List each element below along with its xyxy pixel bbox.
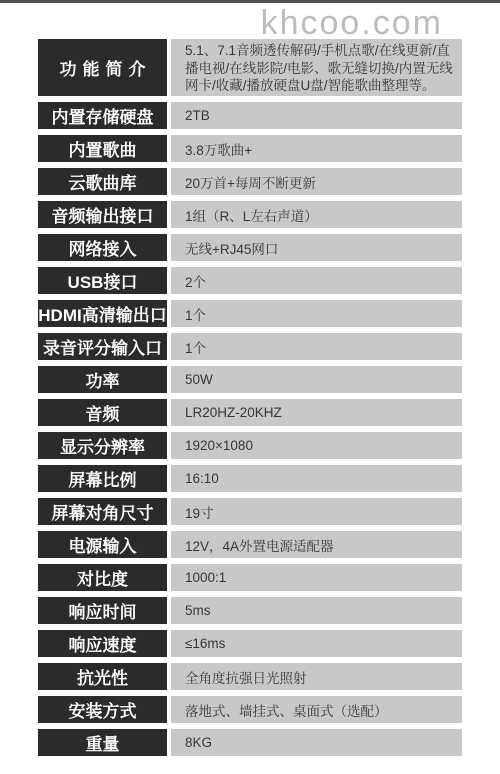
spec-label: USB接口 [38,267,167,294]
spec-label: 云歌曲库 [38,168,167,195]
spec-row: 安装方式 落地式、墙挂式、桌面式（选配） [38,696,462,723]
spec-label: 音频 [38,399,167,426]
spec-value: 落地式、墙挂式、桌面式（选配） [171,696,462,723]
spec-value: 1个 [171,300,462,327]
spec-value: 2个 [171,267,462,294]
spec-label: 显示分辨率 [38,432,167,459]
spec-value: 1920×1080 [171,432,462,459]
spec-value: 50W [171,366,462,393]
spec-label: 网络接入 [38,234,167,261]
spec-row: 网络接入 无线+RJ45网口 [38,234,462,261]
spec-label: 内置歌曲 [38,135,167,162]
spec-value: 1个 [171,333,462,360]
spec-label: 电源输入 [38,531,167,558]
spec-label: 功率 [38,366,167,393]
spec-value: LR20HZ-20KHZ [171,399,462,426]
spec-label: 内置存储硬盘 [38,102,167,129]
spec-row: 功能简介 5.1、7.1音频透传解码/手机点歌/在线更新/直播电视/在线影院/电… [38,39,462,96]
spec-row: 抗光性 全角度抗强日光照射 [38,663,462,690]
spec-row: 音频 LR20HZ-20KHZ [38,399,462,426]
top-divider-bar [0,0,500,3]
spec-row: 重量 8KG [38,729,462,756]
spec-row: 显示分辨率 1920×1080 [38,432,462,459]
watermark-text: khcoo.com [261,4,443,43]
spec-row: 响应速度 ≤16ms [38,630,462,657]
spec-value: 1组（R、L左右声道） [171,201,462,228]
spec-table: 功能简介 5.1、7.1音频透传解码/手机点歌/在线更新/直播电视/在线影院/电… [38,39,462,756]
spec-value: 5.1、7.1音频透传解码/手机点歌/在线更新/直播电视/在线影院/电影、歌无缝… [171,39,462,96]
spec-value: 12V，4A外置电源适配器 [171,531,462,558]
spec-value: 8KG [171,729,462,756]
spec-label: 响应速度 [38,630,167,657]
spec-value: 20万首+每周不断更新 [171,168,462,195]
spec-row: HDMI高清输出口 1个 [38,300,462,327]
spec-label: 抗光性 [38,663,167,690]
spec-row: 对比度 1000:1 [38,564,462,591]
spec-value: 3.8万歌曲+ [171,135,462,162]
spec-value: 16:10 [171,465,462,492]
spec-row: 屏幕比例 16:10 [38,465,462,492]
spec-row: 响应时间 5ms [38,597,462,624]
spec-label: HDMI高清输出口 [38,300,167,327]
spec-label: 屏幕比例 [38,465,167,492]
spec-value: 全角度抗强日光照射 [171,663,462,690]
spec-row: USB接口 2个 [38,267,462,294]
spec-label: 音频输出接口 [38,201,167,228]
spec-value: ≤16ms [171,630,462,657]
spec-label: 响应时间 [38,597,167,624]
spec-row: 屏幕对角尺寸 19寸 [38,498,462,525]
spec-row: 功率 50W [38,366,462,393]
spec-value: 1000:1 [171,564,462,591]
spec-value: 无线+RJ45网口 [171,234,462,261]
spec-label: 录音评分输入口 [38,333,167,360]
spec-label: 对比度 [38,564,167,591]
spec-value: 5ms [171,597,462,624]
spec-value: 19寸 [171,498,462,525]
spec-label: 屏幕对角尺寸 [38,498,167,525]
spec-row: 云歌曲库 20万首+每周不断更新 [38,168,462,195]
spec-row: 音频输出接口 1组（R、L左右声道） [38,201,462,228]
spec-label: 重量 [38,729,167,756]
spec-row: 录音评分输入口 1个 [38,333,462,360]
spec-label: 安装方式 [38,696,167,723]
spec-row: 内置存储硬盘 2TB [38,102,462,129]
spec-row: 内置歌曲 3.8万歌曲+ [38,135,462,162]
spec-row: 电源输入 12V，4A外置电源适配器 [38,531,462,558]
spec-label: 功能简介 [38,39,167,96]
spec-value: 2TB [171,102,462,129]
